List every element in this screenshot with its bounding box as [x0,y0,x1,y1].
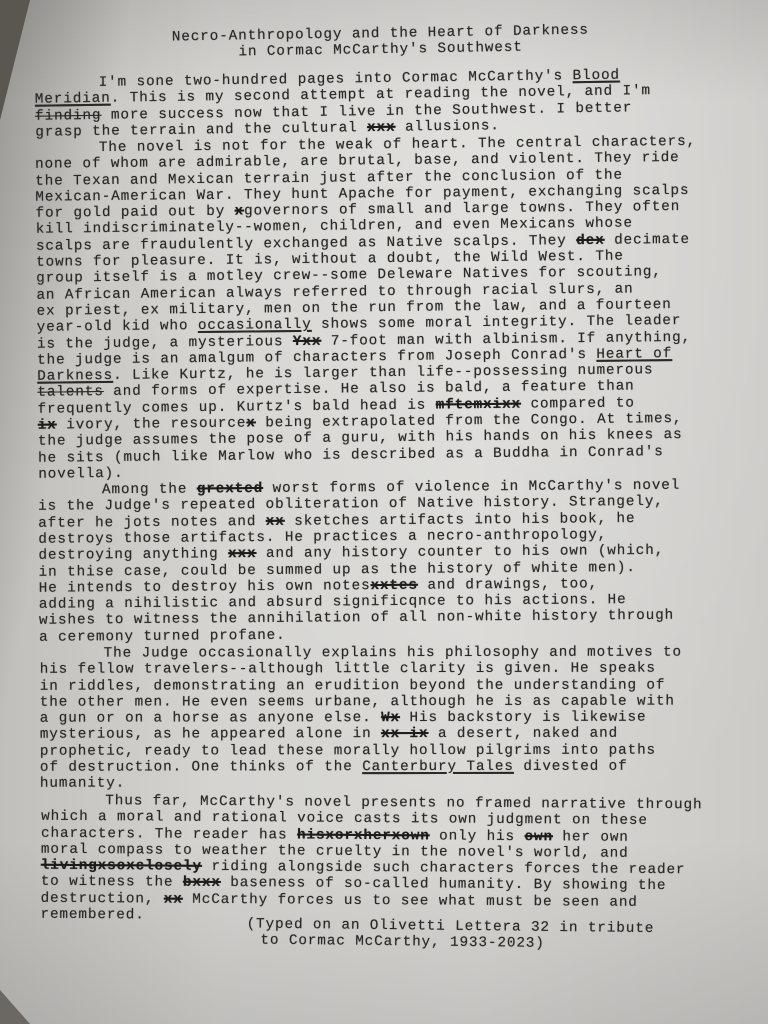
paragraph: Thus far, McCarthy's novel presents no f… [40,792,733,927]
text-segment: divested of [514,759,628,775]
text-segment: His backstory is likewise [400,710,646,726]
struck-out-text: xxx [228,546,257,562]
struck-out-text: xxtes [370,578,418,594]
underlined-text: occasionally [198,317,312,334]
text-line: prophetic, ready to lead these morally h… [40,742,732,760]
underlined-text: Canterbury Tales [362,759,514,775]
struck-out-text: xx [266,513,285,529]
text-segment: a ceremony turned profane. [39,627,286,645]
text-segment: McCarthy forces us to see what must be s… [183,891,638,910]
document-title: Necro-Anthropology and the Heart of Dark… [34,20,726,64]
text-line: of destruction. One thinks of the Canter… [40,759,732,777]
text-line: mysterious, as he appeared alone in xx i… [40,726,732,744]
struck-out-text: xx [164,891,183,907]
text-segment: allusions. [395,118,499,135]
paragraph: The novel is not for the weak of heart. … [35,133,731,482]
text-line: humanity. [40,775,732,793]
text-segment: The Judge occasionally explains his phil… [104,645,682,662]
underlined-text: Darkness [37,368,113,385]
struck-out-text: grexted [197,481,263,498]
text-segment: novella). [38,466,123,483]
struck-out-text: Yxx [293,333,322,349]
text-segment: Among the [102,481,197,498]
text-segment: humanity. [40,776,125,792]
text-segment: of destruction. One thinks of the [40,759,362,776]
text-segment: her own [553,829,629,846]
struck-out-text: livingxsoxclosely [41,858,202,875]
text-segment: remembered. [40,906,144,923]
paragraph: I'm sone two-hundred pages into Cormac M… [35,66,728,141]
text-segment: compared to [521,395,635,412]
text-segment: destruction, [41,890,164,907]
paragraph: The Judge occasionally explains his phil… [40,644,732,792]
text-segment: a gun or on a horse as anyone else. [40,710,381,727]
struck-out-text: x [246,415,256,431]
text-segment: destroying anything [38,546,228,563]
text-line: his fellow travelers--although little cl… [40,661,732,679]
text-segment: mysterious, as he appeared alone in [40,727,381,744]
struck-out-text: Wx [381,710,400,726]
text-segment: in Cormac McCarthy's Southwest [238,40,523,61]
struck-out-text: ix [38,417,57,433]
text-segment: is the judge, a mysterious [37,333,293,352]
text-segment: the other men. He even seems urbane, alt… [40,693,675,710]
struck-out-text: bxxx [183,875,221,891]
text-segment: a desert, naked and [428,726,618,742]
document-body: I'm sone two-hundred pages into Cormac M… [35,70,734,923]
underlined-text: Heart of [596,346,672,363]
paragraph: Among the grexted worst forms of violenc… [38,477,731,645]
text-segment: only his [430,828,525,845]
text-segment: to witness the [41,874,183,891]
text-segment: year-old kid who [37,318,198,336]
struck-out-text: xxx [367,119,396,135]
struck-out-text: own [524,828,553,844]
text-segment: his fellow travelers--although little cl… [40,661,656,678]
text-line: The Judge occasionally explains his phil… [40,644,732,662]
text-segment: characters. The reader has [41,825,297,843]
text-segment: after he jots notes and [38,514,266,532]
text-segment: prophetic, ready to lead these morally h… [40,742,656,759]
struck-out-text: x [235,204,245,220]
colophon: (Typed on an Olivetti Lettera 32 in trib… [246,916,733,954]
text-line: the other men. He even seems urbane, alt… [40,693,732,711]
struck-out-text: mftemxixx [436,396,521,413]
photographed-page: Necro-Anthropology and the Heart of Dark… [0,0,768,1024]
text-segment: and drawings, too, [418,576,598,593]
struck-out-text: dex [576,232,605,248]
struck-out-text: talents [37,384,104,401]
text-segment: to Cormac McCarthy, 1933-2023) [260,933,545,952]
struck-out-text: hisxorxherxown [297,827,430,844]
text-line: in riddles, demonstrating an erudition b… [40,677,732,695]
text-segment: in riddles, demonstrating an erudition b… [40,677,666,694]
underlined-text: Meridian [35,91,111,108]
struck-out-text: finding [35,107,102,124]
text-line: a gun or on a horse as anyone else. Wx H… [40,710,732,728]
struck-out-text: xx ix [381,727,428,743]
text-segment: decimate [605,231,690,248]
text-segment: ivory, the resource [57,415,247,433]
background-corner-bottom-left [0,990,30,1024]
underlined-text: Blood [572,67,620,84]
typewritten-document: Necro-Anthropology and the Heart of Dark… [34,23,733,955]
